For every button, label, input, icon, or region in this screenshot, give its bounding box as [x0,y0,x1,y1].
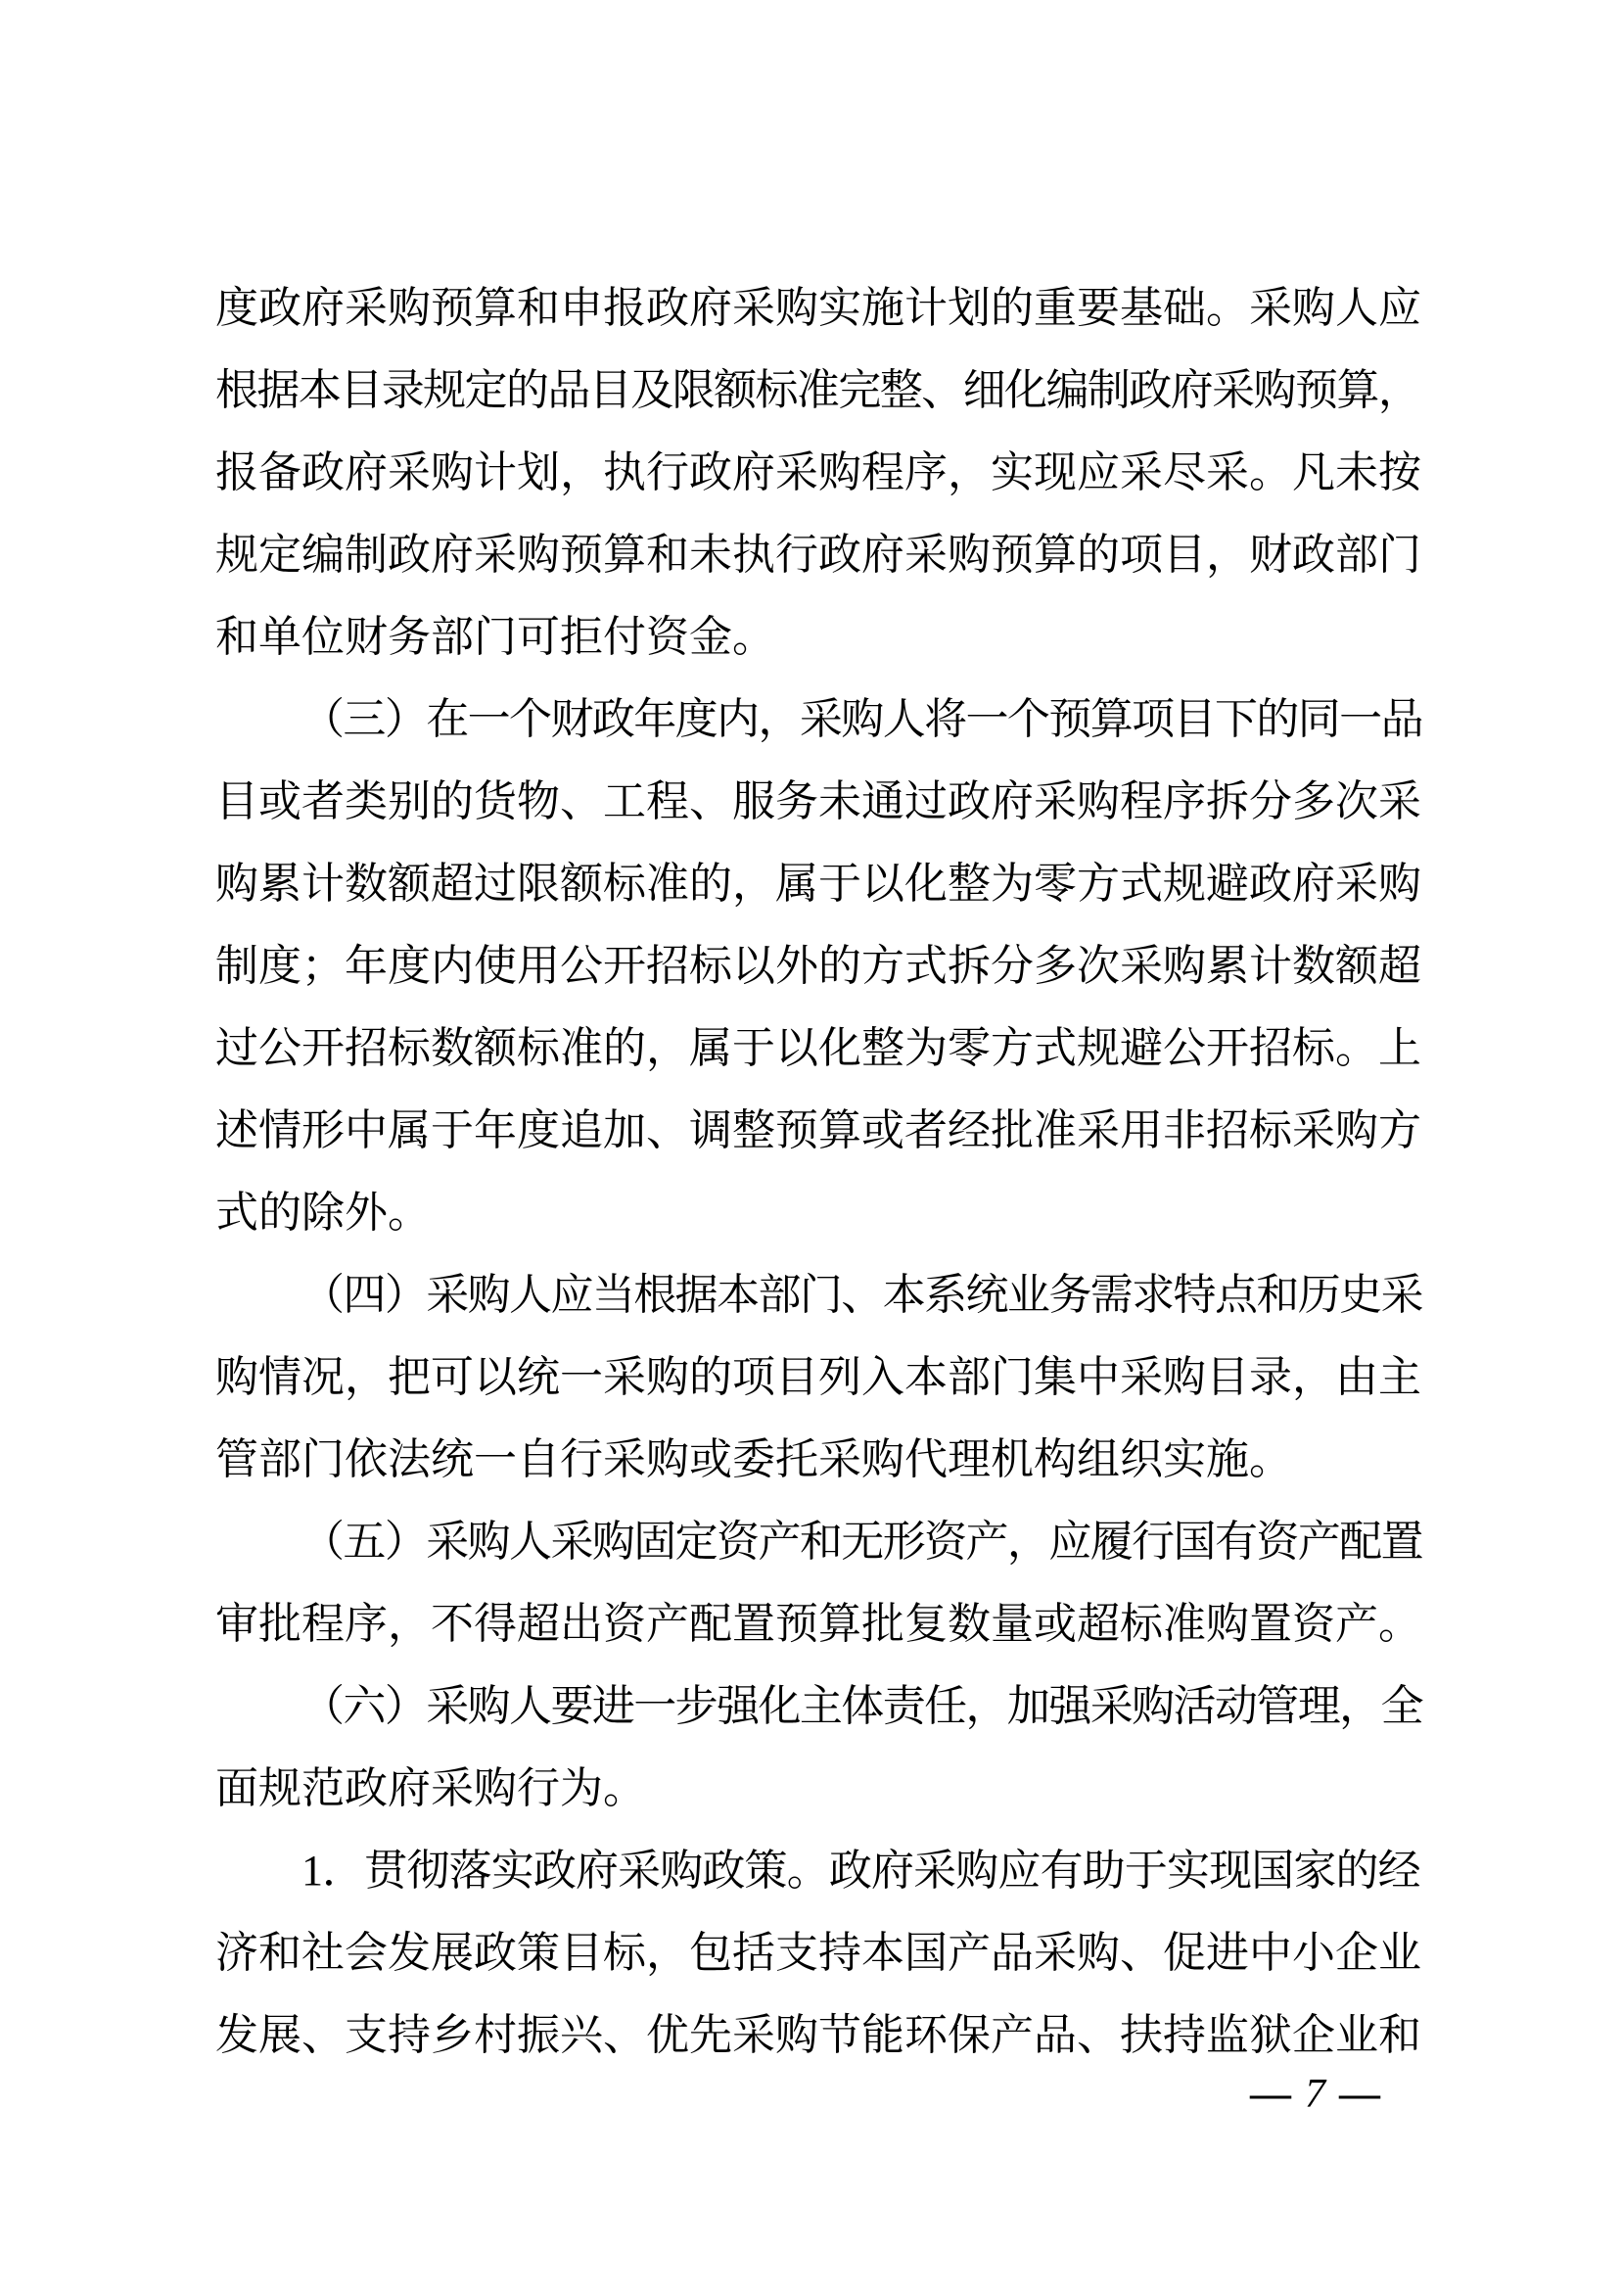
text-line: （六）采购人要进一步强化主体责任，加强采购活动管理，全 [215,1665,1421,1748]
text-line: 规定编制政府采购预算和未执行政府采购预算的项目，财政部门 [215,514,1421,596]
text-line: 购情况，把可以统一采购的项目列入本部门集中采购目录，由主 [215,1336,1421,1419]
text-line: 管部门依法统一自行采购或委托采购代理机构组织实施。 [215,1419,1421,1501]
text-line: 面规范政府采购行为。 [215,1748,1421,1830]
text-line: （五）采购人采购固定资产和无形资产，应履行国有资产配置 [215,1501,1421,1583]
text-line: 目或者类别的货物、工程、服务未通过政府采购程序拆分多次采 [215,761,1421,843]
text-line: 式的除外。 [215,1172,1421,1254]
text-line: 报备政府采购计划，执行政府采购程序，实现应采尽采。凡未按 [215,432,1421,514]
page-number-dash-left: — [1250,2074,1291,2115]
text-body: 度政府采购预算和申报政府采购实施计划的重要基础。采购人应 根据本目录规定的品目及… [215,267,1421,2077]
text-line: 购累计数额超过限额标准的，属于以化整为零方式规避政府采购 [215,843,1421,925]
document-page: 度政府采购预算和申报政府采购实施计划的重要基础。采购人应 根据本目录规定的品目及… [0,0,1621,2296]
text-line: 1．贯彻落实政府采购政策。政府采购应有助于实现国家的经 [215,1830,1421,1912]
text-line: 过公开招标数额标准的，属于以化整为零方式规避公开招标。上 [215,1007,1421,1090]
text-line: （四）采购人应当根据本部门、本系统业务需求特点和历史采 [215,1254,1421,1336]
page-number: — 7 — [1250,2074,1380,2115]
page-number-dash-right: — [1339,2074,1380,2115]
text-line: 述情形中属于年度追加、调整预算或者经批准采用非招标采购方 [215,1090,1421,1172]
text-line: 制度；年度内使用公开招标以外的方式拆分多次采购累计数额超 [215,925,1421,1007]
text-line: 和单位财务部门可拒付资金。 [215,596,1421,679]
text-line: 审批程序，不得超出资产配置预算批复数量或超标准购置资产。 [215,1583,1421,1665]
text-line: 根据本目录规定的品目及限额标准完整、细化编制政府采购预算， [215,350,1421,432]
text-line: （三）在一个财政年度内，采购人将一个预算项目下的同一品 [215,679,1421,761]
page-number-value: 7 [1301,2074,1329,2115]
text-line: 度政府采购预算和申报政府采购实施计划的重要基础。采购人应 [215,267,1421,350]
text-line: 济和社会发展政策目标，包括支持本国产品采购、促进中小企业 [215,1912,1421,1994]
text-line: 发展、支持乡村振兴、优先采购节能环保产品、扶持监狱企业和 [215,1994,1421,2077]
